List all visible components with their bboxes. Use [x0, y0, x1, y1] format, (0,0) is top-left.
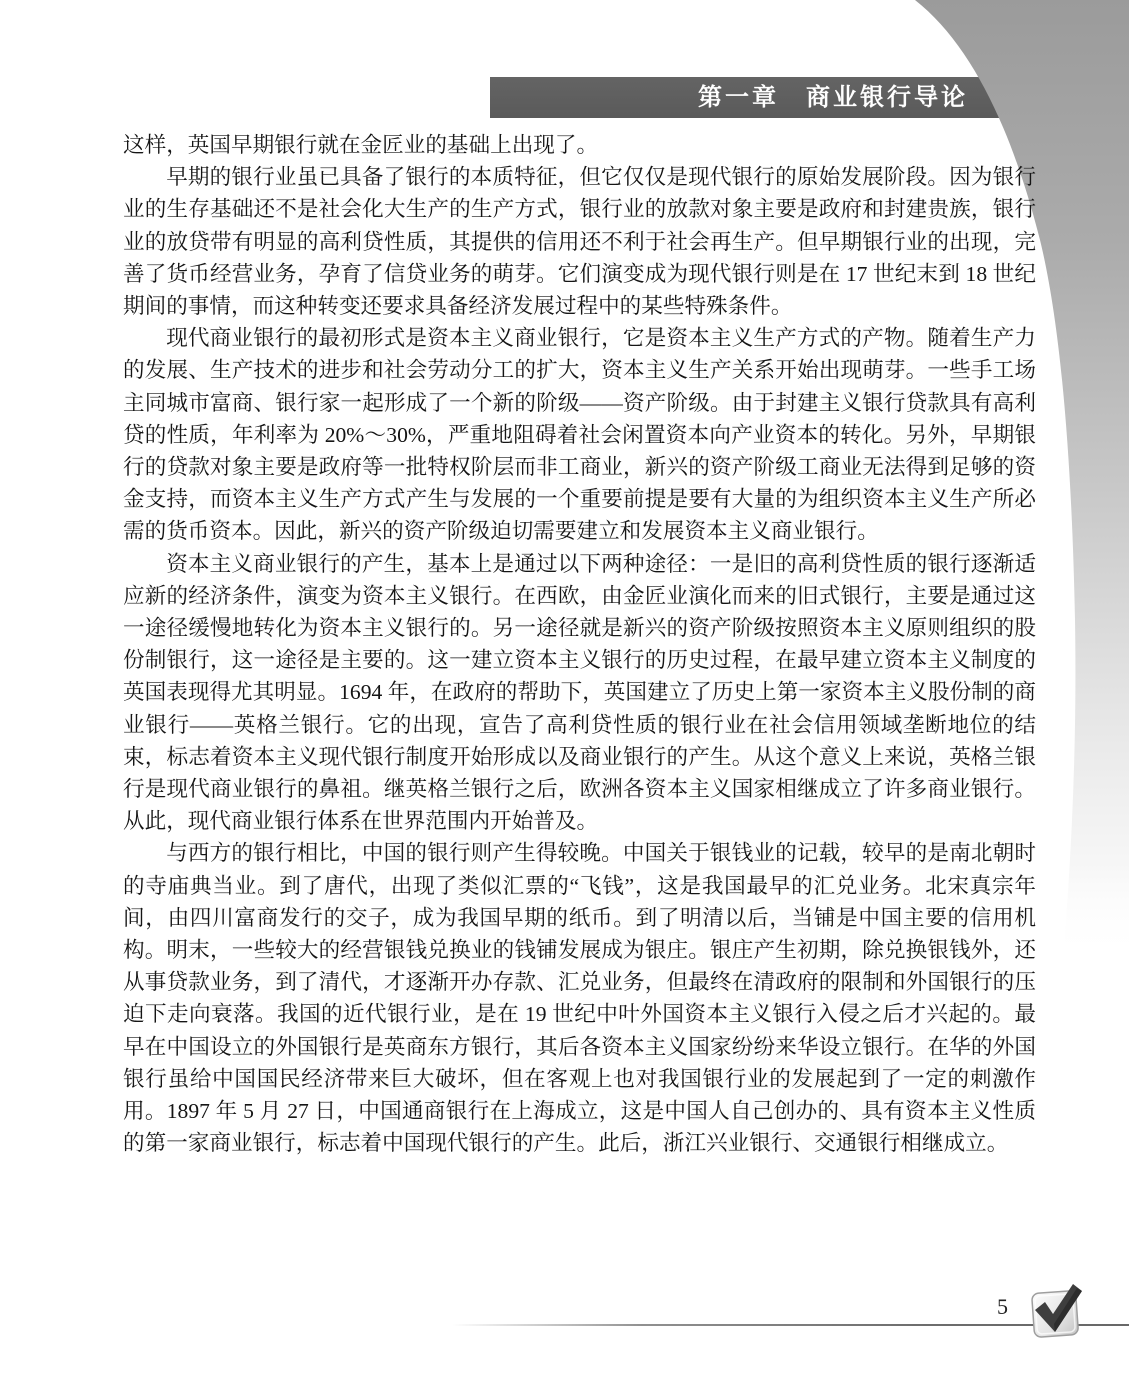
checkmark-icon: [1026, 1279, 1084, 1339]
chapter-title: 第一章 商业银行导论: [698, 77, 968, 118]
body-paragraph: 这样，英国早期银行就在金匠业的基础上出现了。: [123, 129, 1036, 161]
body-paragraph: 现代商业银行的最初形式是资本主义商业银行，它是资本主义生产方式的产物。随着生产力…: [123, 322, 1036, 547]
body-paragraph: 早期的银行业虽已具备了银行的本质特征，但它仅仅是现代银行的原始发展阶段。因为银行…: [123, 161, 1036, 322]
page-body: 这样，英国早期银行就在金匠业的基础上出现了。 早期的银行业虽已具备了银行的本质特…: [123, 129, 1036, 1160]
chapter-header-bar: 第一章 商业银行导论: [490, 77, 1038, 118]
book-page: 第一章 商业银行导论 这样，英国早期银行就在金匠业的基础上出现了。 早期的银行业…: [0, 0, 1129, 1394]
body-paragraph: 资本主义商业银行的产生，基本上是通过以下两种途径：一是旧的高利贷性质的银行逐渐适…: [123, 548, 1036, 838]
body-paragraph: 与西方的银行相比，中国的银行则产生得较晚。中国关于银钱业的记载，较早的是南北朝时…: [123, 837, 1036, 1159]
page-number: 5: [997, 1294, 1008, 1320]
